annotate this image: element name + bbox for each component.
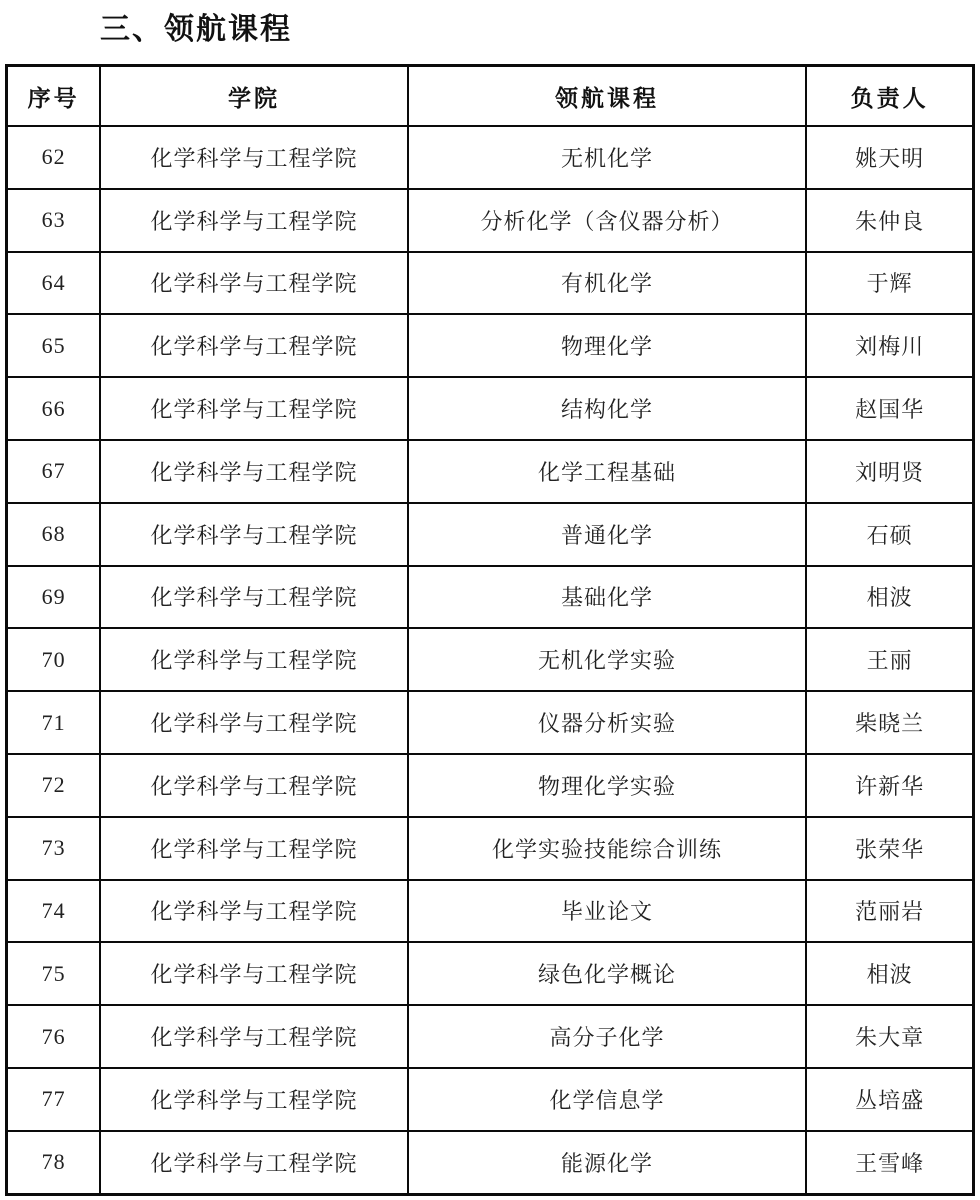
cell-leader: 许新华 xyxy=(806,754,973,817)
cell-school: 化学科学与工程学院 xyxy=(100,377,408,440)
cell-school: 化学科学与工程学院 xyxy=(100,252,408,315)
cell-index: 62 xyxy=(7,126,101,189)
cell-leader: 刘明贤 xyxy=(806,440,973,503)
cell-course: 普通化学 xyxy=(408,503,806,566)
cell-leader: 刘梅川 xyxy=(806,314,973,377)
cell-index: 69 xyxy=(7,566,101,629)
cell-course: 无机化学实验 xyxy=(408,628,806,691)
course-table: 序号 学院 领航课程 负责人 62 化学科学与工程学院 无机化学 姚天明 63 … xyxy=(5,64,975,1196)
cell-school: 化学科学与工程学院 xyxy=(100,440,408,503)
cell-course: 毕业论文 xyxy=(408,880,806,943)
cell-school: 化学科学与工程学院 xyxy=(100,126,408,189)
cell-course: 物理化学实验 xyxy=(408,754,806,817)
table-body: 62 化学科学与工程学院 无机化学 姚天明 63 化学科学与工程学院 分析化学（… xyxy=(7,126,974,1195)
cell-index: 64 xyxy=(7,252,101,315)
cell-leader: 王丽 xyxy=(806,628,973,691)
cell-school: 化学科学与工程学院 xyxy=(100,503,408,566)
column-header-school: 学院 xyxy=(100,66,408,127)
table-row: 65 化学科学与工程学院 物理化学 刘梅川 xyxy=(7,314,974,377)
table-row: 77 化学科学与工程学院 化学信息学 丛培盛 xyxy=(7,1068,974,1131)
cell-school: 化学科学与工程学院 xyxy=(100,566,408,629)
cell-course: 有机化学 xyxy=(408,252,806,315)
cell-school: 化学科学与工程学院 xyxy=(100,754,408,817)
cell-course: 无机化学 xyxy=(408,126,806,189)
cell-leader: 相波 xyxy=(806,942,973,1005)
cell-leader: 朱仲良 xyxy=(806,189,973,252)
cell-course: 绿色化学概论 xyxy=(408,942,806,1005)
cell-course: 结构化学 xyxy=(408,377,806,440)
cell-course: 仪器分析实验 xyxy=(408,691,806,754)
cell-index: 78 xyxy=(7,1131,101,1195)
cell-school: 化学科学与工程学院 xyxy=(100,628,408,691)
cell-course: 物理化学 xyxy=(408,314,806,377)
table-row: 62 化学科学与工程学院 无机化学 姚天明 xyxy=(7,126,974,189)
column-header-index: 序号 xyxy=(7,66,101,127)
cell-leader: 石硕 xyxy=(806,503,973,566)
cell-index: 70 xyxy=(7,628,101,691)
cell-leader: 柴晓兰 xyxy=(806,691,973,754)
table-row: 73 化学科学与工程学院 化学实验技能综合训练 张荣华 xyxy=(7,817,974,880)
table-row: 70 化学科学与工程学院 无机化学实验 王丽 xyxy=(7,628,974,691)
cell-index: 67 xyxy=(7,440,101,503)
cell-school: 化学科学与工程学院 xyxy=(100,189,408,252)
cell-index: 72 xyxy=(7,754,101,817)
cell-leader: 赵国华 xyxy=(806,377,973,440)
cell-school: 化学科学与工程学院 xyxy=(100,691,408,754)
table-row: 67 化学科学与工程学院 化学工程基础 刘明贤 xyxy=(7,440,974,503)
cell-course: 能源化学 xyxy=(408,1131,806,1195)
table-header-row: 序号 学院 领航课程 负责人 xyxy=(7,66,974,127)
cell-index: 66 xyxy=(7,377,101,440)
cell-course: 高分子化学 xyxy=(408,1005,806,1068)
table-row: 66 化学科学与工程学院 结构化学 赵国华 xyxy=(7,377,974,440)
cell-school: 化学科学与工程学院 xyxy=(100,942,408,1005)
table-row: 74 化学科学与工程学院 毕业论文 范丽岩 xyxy=(7,880,974,943)
cell-school: 化学科学与工程学院 xyxy=(100,1068,408,1131)
cell-course: 化学实验技能综合训练 xyxy=(408,817,806,880)
table-header: 序号 学院 领航课程 负责人 xyxy=(7,66,974,127)
cell-leader: 于辉 xyxy=(806,252,973,315)
cell-leader: 朱大章 xyxy=(806,1005,973,1068)
cell-leader: 范丽岩 xyxy=(806,880,973,943)
cell-leader: 王雪峰 xyxy=(806,1131,973,1195)
cell-school: 化学科学与工程学院 xyxy=(100,817,408,880)
cell-school: 化学科学与工程学院 xyxy=(100,314,408,377)
cell-leader: 张荣华 xyxy=(806,817,973,880)
document-page: 三、领航课程 序号 学院 领航课程 负责人 62 化学科学与工程学院 无机化学 … xyxy=(0,0,980,1200)
cell-school: 化学科学与工程学院 xyxy=(100,880,408,943)
column-header-course: 领航课程 xyxy=(408,66,806,127)
cell-leader: 相波 xyxy=(806,566,973,629)
cell-course: 基础化学 xyxy=(408,566,806,629)
cell-index: 68 xyxy=(7,503,101,566)
cell-index: 74 xyxy=(7,880,101,943)
cell-school: 化学科学与工程学院 xyxy=(100,1005,408,1068)
cell-course: 化学工程基础 xyxy=(408,440,806,503)
cell-index: 77 xyxy=(7,1068,101,1131)
table-row: 69 化学科学与工程学院 基础化学 相波 xyxy=(7,566,974,629)
table-row: 68 化学科学与工程学院 普通化学 石硕 xyxy=(7,503,974,566)
cell-school: 化学科学与工程学院 xyxy=(100,1131,408,1195)
cell-index: 73 xyxy=(7,817,101,880)
page-title: 三、领航课程 xyxy=(100,4,292,48)
cell-course: 分析化学（含仪器分析） xyxy=(408,189,806,252)
table-row: 64 化学科学与工程学院 有机化学 于辉 xyxy=(7,252,974,315)
cell-index: 71 xyxy=(7,691,101,754)
table-row: 71 化学科学与工程学院 仪器分析实验 柴晓兰 xyxy=(7,691,974,754)
table-row: 63 化学科学与工程学院 分析化学（含仪器分析） 朱仲良 xyxy=(7,189,974,252)
cell-index: 63 xyxy=(7,189,101,252)
cell-index: 76 xyxy=(7,1005,101,1068)
table-row: 76 化学科学与工程学院 高分子化学 朱大章 xyxy=(7,1005,974,1068)
table-row: 72 化学科学与工程学院 物理化学实验 许新华 xyxy=(7,754,974,817)
cell-leader: 丛培盛 xyxy=(806,1068,973,1131)
table-row: 75 化学科学与工程学院 绿色化学概论 相波 xyxy=(7,942,974,1005)
cell-index: 75 xyxy=(7,942,101,1005)
cell-index: 65 xyxy=(7,314,101,377)
table-row: 78 化学科学与工程学院 能源化学 王雪峰 xyxy=(7,1131,974,1195)
cell-leader: 姚天明 xyxy=(806,126,973,189)
cell-course: 化学信息学 xyxy=(408,1068,806,1131)
column-header-leader: 负责人 xyxy=(806,66,973,127)
